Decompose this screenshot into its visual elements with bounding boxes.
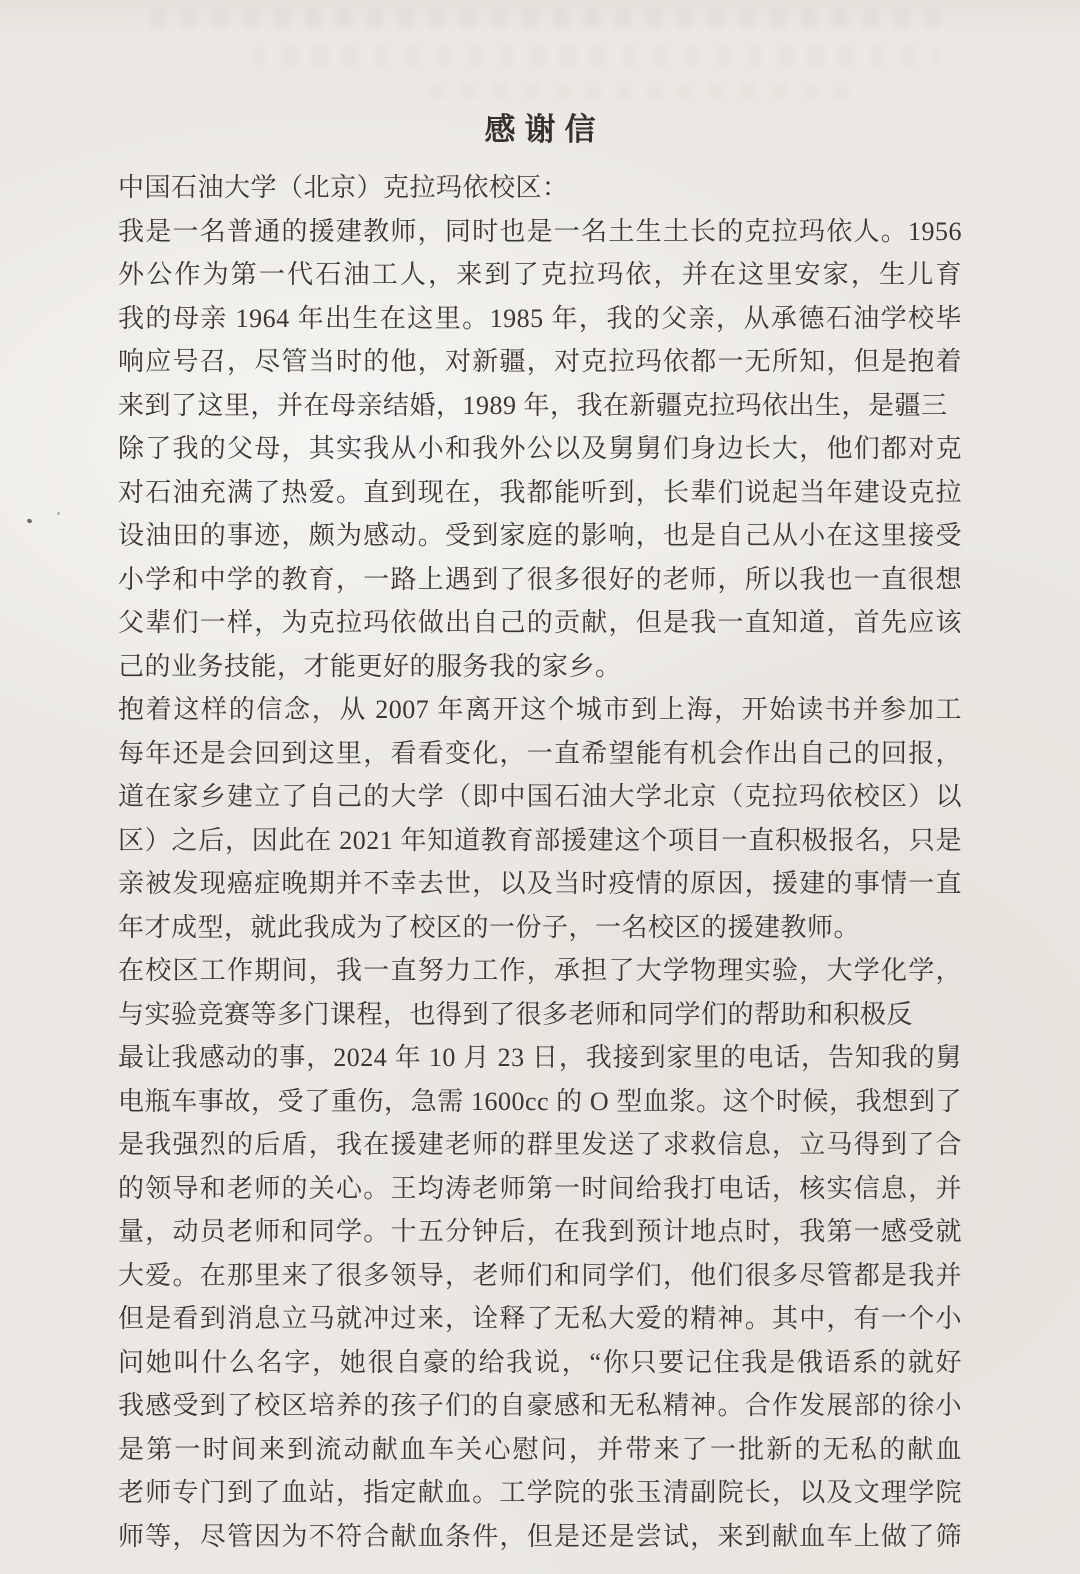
letter-line: 响应号召，尽管当时的他，对新疆，对克拉玛依都一无所知，但是抱着一腔热血，	[118, 340, 962, 384]
letter-line: 的领导和老师的关心。王均涛老师第一时间给我打电话，核实信息，并且组织力	[118, 1167, 962, 1211]
letter-line: 道在家乡建立了自己的大学（即中国石油大学北京（克拉玛依校区）以下简称校	[118, 775, 962, 819]
letter-line: 问她叫什么名字，她很自豪的给我说，“你只要记住我是俄语系的就好了”，这让	[118, 1341, 962, 1385]
letter-line: 是我强烈的后盾，我在援建老师的群里发送了求救信息，立马得到了合作发展部	[118, 1123, 962, 1167]
letter-salutation: 中国石油大学（北京）克拉玛依校区：	[118, 166, 962, 210]
letter-paragraphs: 我是一名普通的援建教师，同时也是一名土生土长的克拉玛依人。1956 年，我的外公…	[118, 210, 962, 1559]
letter-line: 小学和中学的教育，一路上遇到了很多很好的老师，所以我也一直很想像祖辈和	[118, 558, 962, 602]
letter-line: 区）之后，因此在 2021 年知道教育部援建这个项目一直积极报名，只是叠加母	[118, 819, 962, 863]
letter-line: 每年还是会回到这里，看看变化，一直希望能有机会作出自己的回报，尤其是知	[118, 732, 962, 776]
letter-line: 来到了这里，并在母亲结婚，1989 年，我在新疆克拉玛依出生，是疆三代。	[118, 384, 962, 428]
letter-line: 老师专门到了血站，指定献血。工学院的张玉清副院长，以及文理学院的孙耀老	[118, 1471, 962, 1515]
letter-line: 最让我感动的事，2024 年 10 月 23 日，我接到家里的电话，告知我的舅舅…	[118, 1036, 962, 1080]
letter-line: 量，动员老师和同学。十五分钟后，在我到预计地点时，我第一感受就是震撼和	[118, 1210, 962, 1254]
letter-body: 中国石油大学（北京）克拉玛依校区： 我是一名普通的援建教师，同时也是一名土生土长…	[0, 166, 1080, 1558]
letter-line: 除了我的父母，其实我从小和我外公以及舅舅们身边长大，他们都对克拉玛依，	[118, 427, 962, 471]
letter-line: 抱着这样的信念，从 2007 年离开这个城市到上海，开始读书并参加工作，但是	[118, 688, 962, 732]
letter-line: 与实验竞赛等多门课程，也得到了很多老师和同学们的帮助和积极反馈。	[118, 993, 962, 1037]
letter-title: 感谢信	[0, 0, 1080, 152]
letter-line: 师等，尽管因为不符合献血条件，但是还是尝试，来到献血车上做了筛查，希望	[118, 1515, 962, 1559]
letter-line: 在校区工作期间，我一直努力工作，承担了大学物理实验，大学化学，工程物理	[118, 949, 962, 993]
letter-line: 对石油充满了热爱。直到现在，我都能听到，长辈们说起当年建设克拉玛依，建	[118, 471, 962, 515]
letter-line: 外公作为第一代石油工人，来到了克拉玛依，并在这里安家，生儿育女，其中，	[118, 253, 962, 297]
letter-line: 设油田的事迹，颇为感动。受到家庭的影响，也是自己从小在这里接受了完整的	[118, 514, 962, 558]
letter-line: 我感受到了校区培养的孩子们的自豪感和无私精神。合作发展部的徐小芳主任也	[118, 1384, 962, 1428]
letter-line: 年才成型，就此我成为了校区的一份子，一名校区的援建教师。	[118, 906, 962, 950]
letter-line: 是第一时间来到流动献血车关心慰问，并带来了一批新的无私的献血者。安锦涛	[118, 1428, 962, 1472]
letter-line: 但是看到消息立马就冲过来，诠释了无私大爱的精神。其中，有一个小姑娘，我	[118, 1297, 962, 1341]
letter-line: 我的母亲 1964 年出生在这里。1985 年，我的父亲，从承德石油学校毕业，积…	[118, 297, 962, 341]
letter-line: 己的业务技能，才能更好的服务我的家乡。	[118, 645, 962, 689]
letter-line: 父辈们一样，为克拉玛依做出自己的贡献，但是我一直知道，首先应该要提高自	[118, 601, 962, 645]
letter-line: 我是一名普通的援建教师，同时也是一名土生土长的克拉玛依人。1956 年，我的	[118, 210, 962, 254]
scanned-letter-page: 感谢信 中国石油大学（北京）克拉玛依校区： 我是一名普通的援建教师，同时也是一名…	[0, 0, 1080, 1574]
letter-line: 电瓶车事故，受了重伤，急需 1600cc 的 O 型血浆。这个时候，我想到了校区…	[118, 1080, 962, 1124]
letter-line: 亲被发现癌症晚期并不幸去世，以及当时疫情的原因，援建的事情一直到 2023	[118, 862, 962, 906]
ink-speck	[57, 512, 60, 515]
letter-line: 大爱。在那里来了很多领导，老师们和同学们，他们很多尽管都是我并不相识，	[118, 1254, 962, 1298]
